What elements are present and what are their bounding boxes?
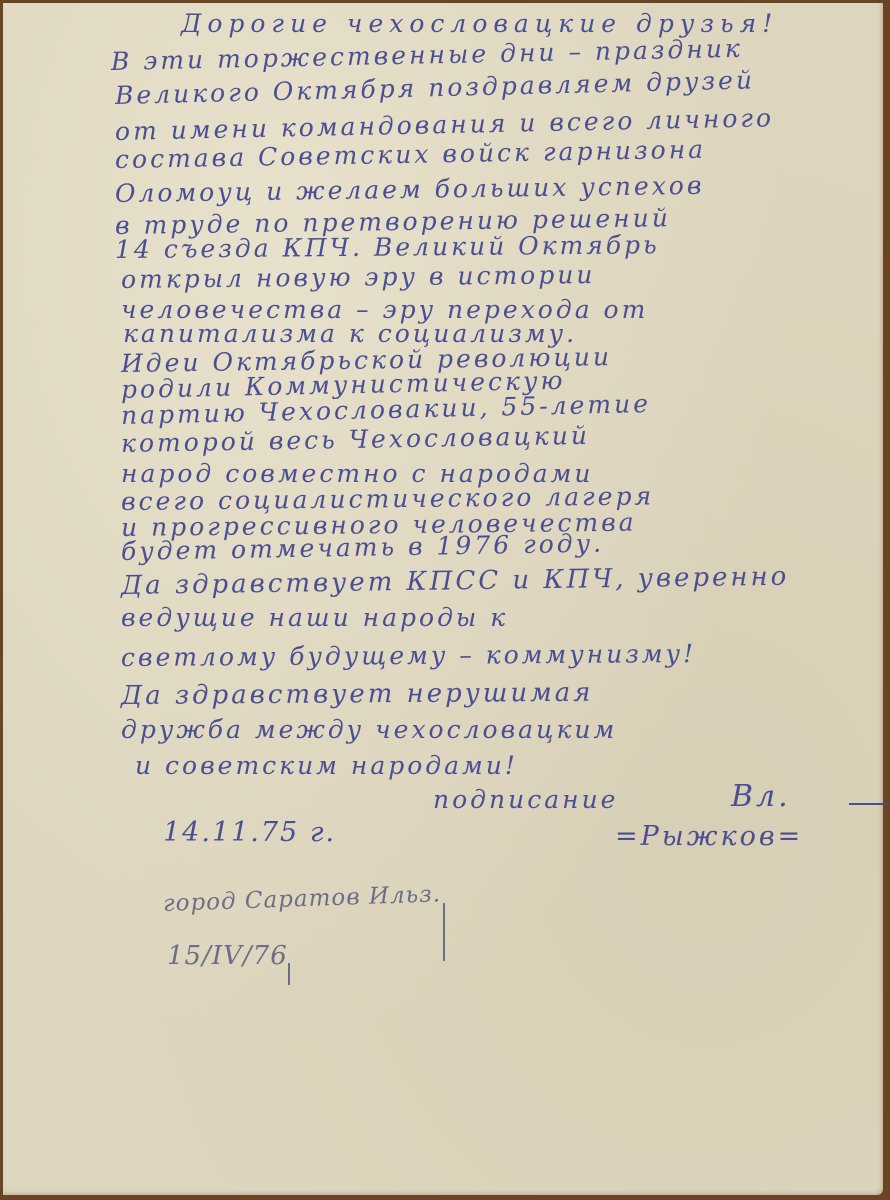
signature-dash [849, 803, 887, 805]
letter-body-line: дружба между чехословацким [121, 715, 617, 744]
pencil-stroke-mark [288, 963, 290, 985]
letter-body-line: светлому будущему – коммунизму! [121, 639, 696, 672]
letter-body-line: 14 съезда КПЧ. Великий Октябрь [115, 230, 660, 264]
letter-body-line: Да здравствует нерушимая [121, 678, 594, 711]
pencil-note-city: город Саратов Ильз. [163, 881, 442, 917]
pencil-stroke-mark [443, 903, 445, 961]
letter-body-line: ведущие наши народы к [121, 603, 508, 632]
letter-page: Дорогие чехословацкие друзья! В эти торж… [3, 3, 883, 1195]
letter-body-line: и советским народами! [135, 751, 518, 780]
letter-body-line: Да здравствует КПСС и КПЧ, уверенно [121, 562, 790, 601]
letter-body-line: открыл новую эру в истории [121, 260, 596, 294]
letter-greeting: Дорогие чехословацкие друзья! [181, 9, 778, 38]
letter-date: 14.11.75 г. [163, 817, 336, 848]
letter-closing: подписание [433, 785, 618, 814]
signature-initials: Вл. [731, 779, 791, 814]
letter-body-line: Оломоуц и желаем больших успехов [115, 171, 705, 208]
signature-name: =Рыжков= [615, 821, 803, 852]
pencil-note-date: 15/IV/76 [167, 941, 288, 971]
